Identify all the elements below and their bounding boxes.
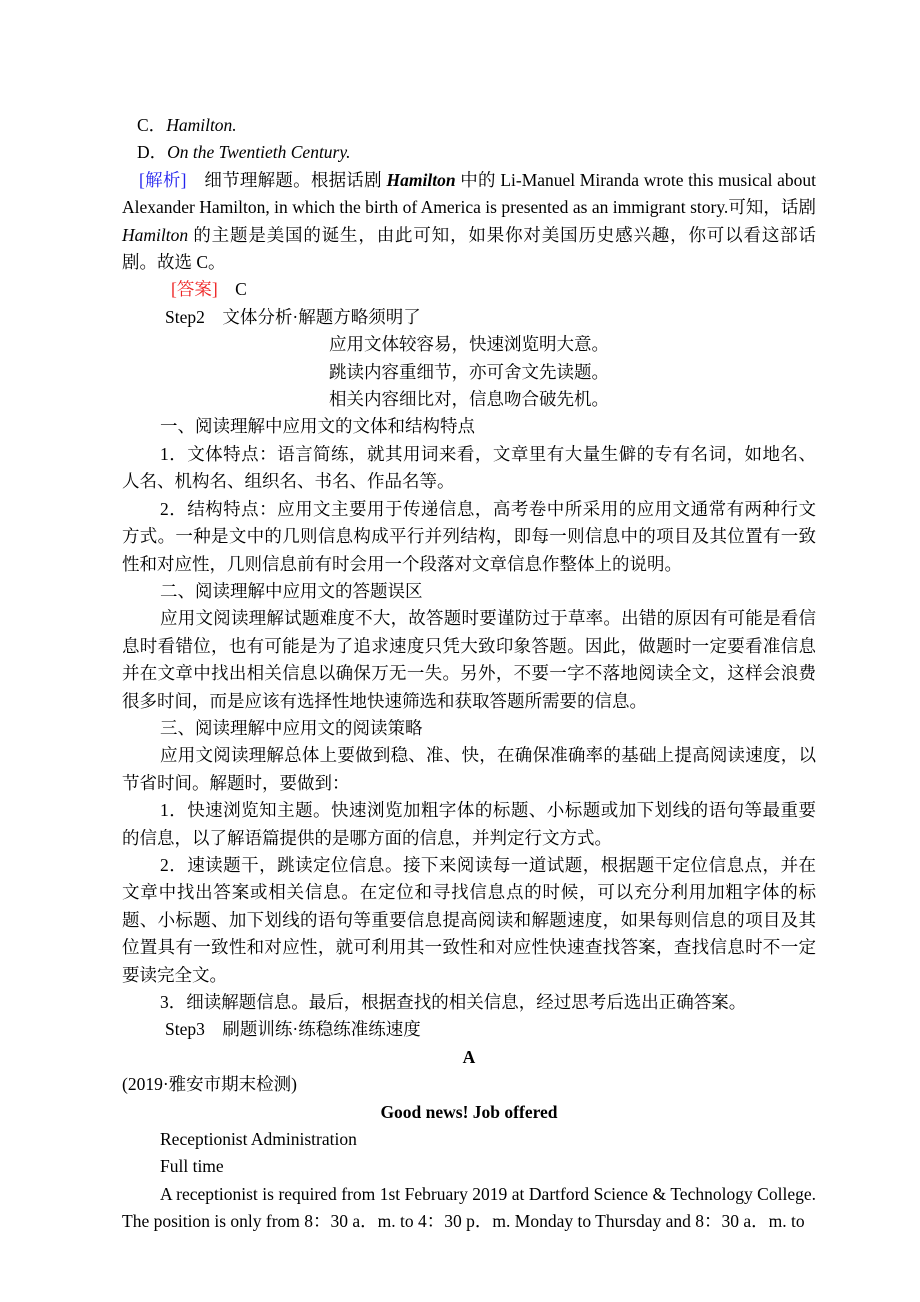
section-2-heading: 二、阅读理解中应用文的答题误区 — [122, 578, 816, 605]
text-run: Hamilton — [387, 170, 456, 190]
section-1-point-1: 1．文体特点：语言简练，就其用词来看，文章里有大量生僻的专有名词，如地名、人名、… — [122, 441, 816, 496]
text-run: 的主题是美国的诞生，由此可知，如果你对美国历史感兴趣，你可以看这部话剧。故选 C… — [122, 225, 816, 272]
passage-subtitle-2: Full time — [122, 1153, 816, 1180]
document-body: C．Hamilton.D．On the Twentieth Century.[解… — [122, 112, 816, 1236]
text-run: 1．文体特点：语言简练，就其用词来看，文章里有大量生僻的专有名词，如地名、人名、… — [122, 444, 816, 491]
text-run: 跳读内容重细节，亦可舍文先读题。 — [329, 362, 609, 382]
text-run: 1．快速浏览知主题。快速浏览加粗字体的标题、小标题或加下划线的语句等最重要的信息… — [122, 800, 816, 847]
rhyme-line-3: 相关内容细比对，信息吻合破先机。 — [122, 386, 816, 413]
text-run: Full time — [160, 1156, 224, 1176]
text-run: A — [463, 1047, 476, 1067]
passage-body: A receptionist is required from 1st Febr… — [122, 1181, 816, 1236]
step2-heading: Step2 文体分析·解题方略须明了 — [122, 304, 816, 331]
section-3-point-3: 3．细读解题信息。最后，根据查找的相关信息，经过思考后选出正确答案。 — [122, 989, 816, 1016]
section-1-heading: 一、阅读理解中应用文的文体和结构特点 — [122, 413, 816, 440]
section-3-heading: 三、阅读理解中应用文的阅读策略 — [122, 715, 816, 742]
text-run: (2019·雅安市期末检测) — [122, 1074, 297, 1094]
document-page: C．Hamilton.D．On the Twentieth Century.[解… — [0, 0, 920, 1302]
text-run: D． — [137, 142, 167, 162]
passage-subtitle-1: Receptionist Administration — [122, 1126, 816, 1153]
answer-line: [答案] C — [122, 276, 816, 303]
source-line: (2019·雅安市期末检测) — [122, 1071, 816, 1098]
text-run: A receptionist is required from 1st Febr… — [122, 1184, 820, 1231]
text-run: C． — [137, 115, 166, 135]
text-run: 应用文阅读理解总体上要做到稳、准、快，在确保准确率的基础上提高阅读速度，以节省时… — [122, 745, 816, 792]
text-run: Step2 文体分析·解题方略须明了 — [165, 307, 421, 327]
analysis-label: [解析] — [139, 170, 186, 190]
text-run: Hamilton — [122, 225, 188, 245]
option-c: C．Hamilton. — [122, 112, 816, 139]
answer-label: [答案] — [171, 279, 218, 299]
section-3-point-1: 1．快速浏览知主题。快速浏览加粗字体的标题、小标题或加下划线的语句等最重要的信息… — [122, 797, 816, 852]
text-run: 应用文阅读理解试题难度不大，故答题时要谨防过于草率。出错的原因有可能是看信息时看… — [122, 608, 816, 710]
text-run: C — [218, 279, 247, 299]
text-run: 2．结构特点：应用文主要用于传递信息，高考卷中所采用的应用文通常有两种行文方式。… — [122, 499, 816, 574]
text-run: 应用文体较容易，快速浏览明大意。 — [329, 334, 609, 354]
text-run: 二、阅读理解中应用文的答题误区 — [160, 581, 423, 601]
text-run: 3．细读解题信息。最后，根据查找的相关信息，经过思考后选出正确答案。 — [160, 992, 746, 1012]
section-2-paragraph: 应用文阅读理解试题难度不大，故答题时要谨防过于草率。出错的原因有可能是看信息时看… — [122, 605, 816, 715]
passage-label: A — [122, 1044, 816, 1071]
rhyme-line-1: 应用文体较容易，快速浏览明大意。 — [122, 331, 816, 358]
text-run: Good news! Job offered — [380, 1102, 557, 1122]
text-run: 相关内容细比对，信息吻合破先机。 — [329, 389, 609, 409]
text-run: 2．速读题干，跳读定位信息。接下来阅读每一道试题，根据题干定位信息点，并在文章中… — [122, 855, 816, 985]
text-run: 三、阅读理解中应用文的阅读策略 — [160, 718, 423, 738]
section-1-point-2: 2．结构特点：应用文主要用于传递信息，高考卷中所采用的应用文通常有两种行文方式。… — [122, 496, 816, 578]
text-run: Receptionist Administration — [160, 1129, 357, 1149]
section-3-intro: 应用文阅读理解总体上要做到稳、准、快，在确保准确率的基础上提高阅读速度，以节省时… — [122, 742, 816, 797]
text-run: 一、阅读理解中应用文的文体和结构特点 — [160, 416, 475, 436]
rhyme-line-2: 跳读内容重细节，亦可舍文先读题。 — [122, 359, 816, 386]
option-d: D．On the Twentieth Century. — [122, 139, 816, 166]
text-run: Hamilton. — [166, 115, 237, 135]
text-run: 细节理解题。根据话剧 — [186, 170, 386, 190]
text-run: Step3 刷题训练·练稳练准练速度 — [165, 1019, 421, 1039]
text-run: On the Twentieth Century. — [167, 142, 350, 162]
analysis-paragraph: [解析] 细节理解题。根据话剧 Hamilton 中的 Li-Manuel Mi… — [122, 167, 816, 277]
passage-title: Good news! Job offered — [122, 1099, 816, 1126]
step3-heading: Step3 刷题训练·练稳练准练速度 — [122, 1016, 816, 1043]
section-3-point-2: 2．速读题干，跳读定位信息。接下来阅读每一道试题，根据题干定位信息点，并在文章中… — [122, 852, 816, 989]
